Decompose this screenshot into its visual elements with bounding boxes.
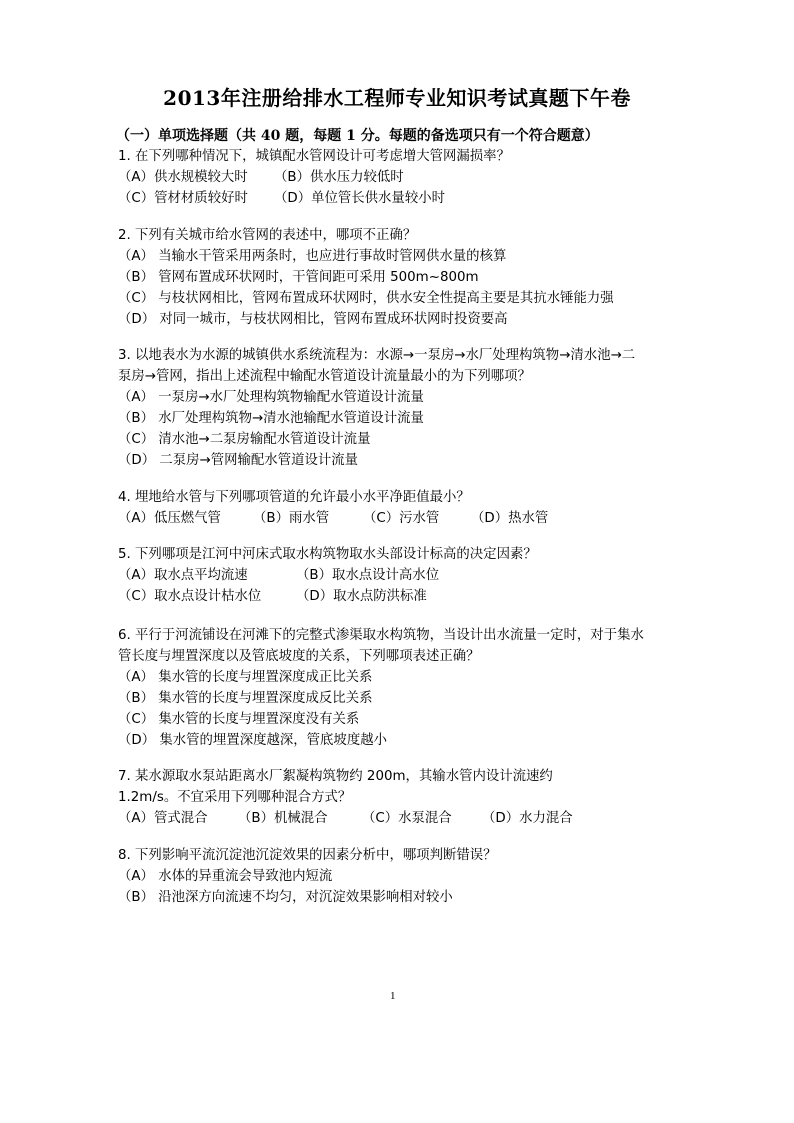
page-title: 2013年注册给排水工程师专业知识考试真题下午卷 xyxy=(0,82,794,111)
question-4-stem: 4. 埋地给水管与下列哪项管道的允许最小水平净距值最小？ xyxy=(118,488,470,508)
question-6-option-d: （D） 集水管的埋置深度越深，管底坡度越小 xyxy=(118,731,387,751)
question-7-option-d: （D）水力混合 xyxy=(482,809,573,829)
question-4-option-c: （C）污水管 xyxy=(363,509,439,529)
question-2-stem: 2. 下列有关城市给水管网的表述中，哪项不正确？ xyxy=(118,226,416,246)
question-1-option-c: （C）管材材质较好时 xyxy=(118,189,248,209)
question-5-option-c: （C）取水点设计枯水位 xyxy=(118,587,261,607)
section-heading: （一）单项选择题（共 40 题，每题 1 分。每题的备选项只有一个符合题意） xyxy=(116,125,599,145)
question-6-stem-line-2: 管长度与埋置深度以及管底坡度的关系，下列哪项表述正确？ xyxy=(118,647,480,667)
question-5-stem: 5. 下列哪项是江河中河床式取水构筑物取水头部设计标高的决定因素？ xyxy=(118,545,537,565)
question-1-option-d: （D）单位管长供水量较小时 xyxy=(274,189,445,209)
question-3-stem-line-2: 泵房→管网，指出上述流程中输配水管道设计流量最小的为下列哪项？ xyxy=(118,367,531,387)
question-7-stem-line-1: 7. 某水源取水泵站距离水厂絮凝构筑物约 200m，其输水管内设计流速约 xyxy=(118,767,553,787)
question-1-stem: 1. 在下列哪种情况下，城镇配水管网设计可考虑增大管网漏损率？ xyxy=(118,147,510,167)
question-4-option-a: （A）低压燃气管 xyxy=(118,509,221,529)
question-4-option-b: （B）雨水管 xyxy=(253,509,329,529)
question-2-option-b: （B） 管网布置成环状网时，干管间距可采用 500m~800m xyxy=(118,268,479,288)
question-3-option-c: （C） 清水池→二泵房输配水管道设计流量 xyxy=(118,430,370,450)
question-1-option-a: （A）供水规模较大时 xyxy=(118,168,248,188)
question-8-option-a: （A） 水体的异重流会导致池内短流 xyxy=(118,867,332,887)
page-number: 1 xyxy=(390,990,396,1002)
question-8-stem: 8. 下列影响平流沉淀池沉淀效果的因素分析中，哪项判断错误？ xyxy=(118,846,497,866)
document-page: 2013年注册给排水工程师专业知识考试真题下午卷 （一）单项选择题（共 40 题… xyxy=(0,0,794,1123)
question-6-option-b: （B） 集水管的长度与埋置深度成反比关系 xyxy=(118,689,372,709)
question-2-option-a: （A） 当输水干管采用两条时，也应进行事故时管网供水量的核算 xyxy=(118,247,506,267)
question-3-option-b: （B） 水厂处理构筑物→清水池输配水管道设计流量 xyxy=(118,409,424,429)
question-1-option-b: （B）供水压力较低时 xyxy=(274,168,404,188)
question-7-stem-line-2: 1.2m/s。不宜采用下列哪种混合方式？ xyxy=(118,788,351,808)
question-8-option-b: （B） 沿池深方向流速不均匀，对沉淀效果影响相对较小 xyxy=(118,888,453,908)
question-5-option-a: （A）取水点平均流速 xyxy=(118,566,248,586)
question-3-option-a: （A） 一泵房→水厂处理构筑物输配水管道设计流量 xyxy=(118,388,424,408)
question-6-stem-line-1: 6. 平行于河流铺设在河滩下的完整式渗渠取水构筑物，当设计出水流量一定时，对于集… xyxy=(118,626,644,646)
question-5-option-b: （B）取水点设计高水位 xyxy=(296,566,439,586)
question-7-option-a: （A）管式混合 xyxy=(118,809,208,829)
question-3-stem-line-1: 3. 以地表水为水源的城镇供水系统流程为：水源→一泵房→水厂处理构筑物→清水池→… xyxy=(118,346,635,366)
question-6-option-c: （C） 集水管的长度与埋置深度没有关系 xyxy=(118,710,359,730)
question-7-option-b: （B）机械混合 xyxy=(238,809,328,829)
question-2-option-c: （C） 与枝状网相比，管网布置成环状网时，供水安全性提高主要是其抗水锤能力强 xyxy=(118,289,614,309)
question-4-option-d: （D）热水管 xyxy=(471,509,548,529)
question-5-option-d: （D）取水点防洪标准 xyxy=(296,587,427,607)
question-3-option-d: （D） 二泵房→管网输配水管道设计流量 xyxy=(118,451,358,471)
question-6-option-a: （A） 集水管的长度与埋置深度成正比关系 xyxy=(118,668,372,688)
question-7-option-c: （C）水泵混合 xyxy=(362,809,452,829)
question-2-option-d: （D） 对同一城市，与枝状网相比，管网布置成环状网时投资要高 xyxy=(118,310,508,330)
